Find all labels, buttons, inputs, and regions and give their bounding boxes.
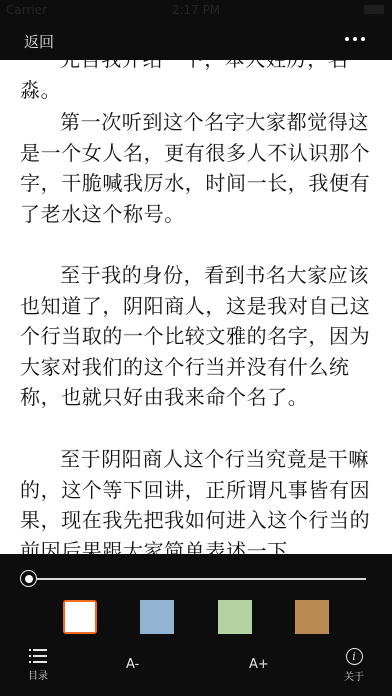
swatch-white[interactable] (63, 600, 97, 634)
swatch-blue[interactable] (140, 600, 174, 634)
slider-thumb[interactable] (20, 570, 37, 587)
status-bar: Carrier 2:17 PM (0, 0, 392, 20)
reader-settings-panel: 目录 A- A+ i 关于 (0, 554, 392, 696)
background-swatches (0, 600, 392, 634)
progress-slider[interactable] (18, 568, 366, 590)
list-icon (29, 648, 47, 664)
about-label: 关于 (338, 668, 370, 683)
more-button[interactable] (340, 28, 370, 50)
font-decrease-button[interactable]: A- (126, 657, 139, 672)
more-horizontal-icon (345, 37, 349, 41)
back-button[interactable]: 返回 (24, 31, 54, 52)
more-horizontal-icon (353, 37, 357, 41)
paragraph-2: 第一次听到这个名字大家都觉得这是一个女人名，更有很多人不认识那个字，干脆喊我厉水… (20, 107, 372, 229)
paragraph-4: 至于阴阳商人这个行当究竟是干嘛的，这个等下回讲，正所谓凡事皆有因果，现在我先把我… (20, 444, 372, 566)
nav-bar: 返回 (0, 20, 392, 60)
about-button[interactable]: i 关于 (338, 648, 370, 683)
swatch-green[interactable] (218, 600, 252, 634)
font-increase-button[interactable]: A+ (249, 657, 269, 672)
status-time: 2:17 PM (0, 3, 392, 17)
toc-label: 目录 (22, 667, 54, 682)
slider-track[interactable] (28, 578, 366, 580)
battery-icon (364, 5, 384, 14)
info-icon: i (346, 648, 363, 665)
more-horizontal-icon (361, 37, 365, 41)
reader-toolbar: 目录 A- A+ i 关于 (0, 642, 392, 692)
paragraph-3: 至于我的身份，看到书名大家应该也知道了，阴阳商人，这是我对自己这个行当取的一个比… (20, 260, 372, 413)
toc-button[interactable]: 目录 (22, 648, 54, 682)
swatch-brown[interactable] (295, 600, 329, 634)
